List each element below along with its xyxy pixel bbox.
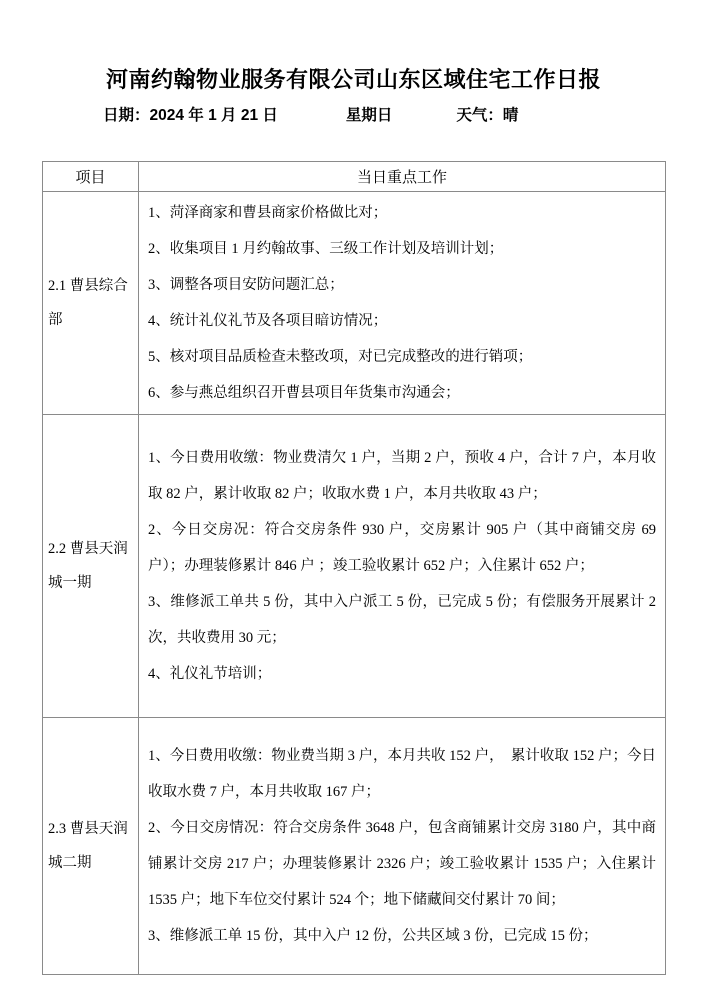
table-row: 2.2 曹县天润城一期1、今日费用收缴：物业费清欠 1 户，当期 2 户，预收 … xyxy=(43,415,666,718)
project-label: 2.2 曹县天润城一期 xyxy=(43,415,139,718)
work-item: 3、维修派工单共 5 份，其中入户派工 5 份，已完成 5 份；有偿服务开展累计… xyxy=(148,584,656,656)
work-item: 5、核对项目品质检查未整改项，对已完成整改的进行销项； xyxy=(148,339,656,375)
weather-value: 天气：晴 xyxy=(456,105,518,127)
weekday-value: 星期日 xyxy=(346,105,393,127)
work-item: 2、收集项目 1 月约翰故事、三级工作计划及培训计划； xyxy=(148,231,656,267)
report-table-body: 2.1 曹县综合部1、菏泽商家和曹县商家价格做比对；2、收集项目 1 月约翰故事… xyxy=(43,192,666,975)
table-row: 2.1 曹县综合部1、菏泽商家和曹县商家价格做比对；2、收集项目 1 月约翰故事… xyxy=(43,192,666,415)
date-value: 日期：2024 年 1 月 21 日 xyxy=(103,105,278,127)
work-item: 4、统计礼仪礼节及各项目暗访情况； xyxy=(148,303,656,339)
work-item: 6、参与燕总组织召开曹县项目年货集市沟通会； xyxy=(148,375,656,411)
column-header-work: 当日重点工作 xyxy=(139,162,666,192)
work-item: 1、菏泽商家和曹县商家价格做比对； xyxy=(148,195,656,231)
work-item: 2、今日交房况：符合交房条件 930 户，交房累计 905 户（其中商铺交房 6… xyxy=(148,512,656,584)
page-title: 河南约翰物业服务有限公司山东区域住宅工作日报 xyxy=(0,0,707,95)
work-items-cell: 1、菏泽商家和曹县商家价格做比对；2、收集项目 1 月约翰故事、三级工作计划及培… xyxy=(139,192,666,415)
work-item: 3、维修派工单 15 份，其中入户 12 份，公共区域 3 份，已完成 15 份… xyxy=(148,918,656,954)
column-header-project: 项目 xyxy=(43,162,139,192)
work-item: 1、今日费用收缴：物业费当期 3 户，本月共收 152 户， 累计收取 152 … xyxy=(148,738,656,810)
project-label: 2.3 曹县天润城二期 xyxy=(43,718,139,975)
daily-report-table: 项目 当日重点工作 2.1 曹县综合部1、菏泽商家和曹县商家价格做比对；2、收集… xyxy=(42,161,666,975)
table-row: 2.3 曹县天润城二期1、今日费用收缴：物业费当期 3 户，本月共收 152 户… xyxy=(43,718,666,975)
work-items-cell: 1、今日费用收缴：物业费当期 3 户，本月共收 152 户， 累计收取 152 … xyxy=(139,718,666,975)
work-item: 2、今日交房情况：符合交房条件 3648 户，包含商铺累计交房 3180 户，其… xyxy=(148,810,656,918)
date-line: 日期：2024 年 1 月 21 日 星期日 天气：晴 xyxy=(0,105,707,127)
work-item: 1、今日费用收缴：物业费清欠 1 户，当期 2 户，预收 4 户，合计 7 户，… xyxy=(148,440,656,512)
table-header-row: 项目 当日重点工作 xyxy=(43,162,666,192)
work-items-cell: 1、今日费用收缴：物业费清欠 1 户，当期 2 户，预收 4 户，合计 7 户，… xyxy=(139,415,666,718)
work-item: 3、调整各项目安防问题汇总； xyxy=(148,267,656,303)
project-label: 2.1 曹县综合部 xyxy=(43,192,139,415)
work-item: 4、礼仪礼节培训； xyxy=(148,656,656,692)
document-page: 河南约翰物业服务有限公司山东区域住宅工作日报 日期：2024 年 1 月 21 … xyxy=(0,0,707,999)
